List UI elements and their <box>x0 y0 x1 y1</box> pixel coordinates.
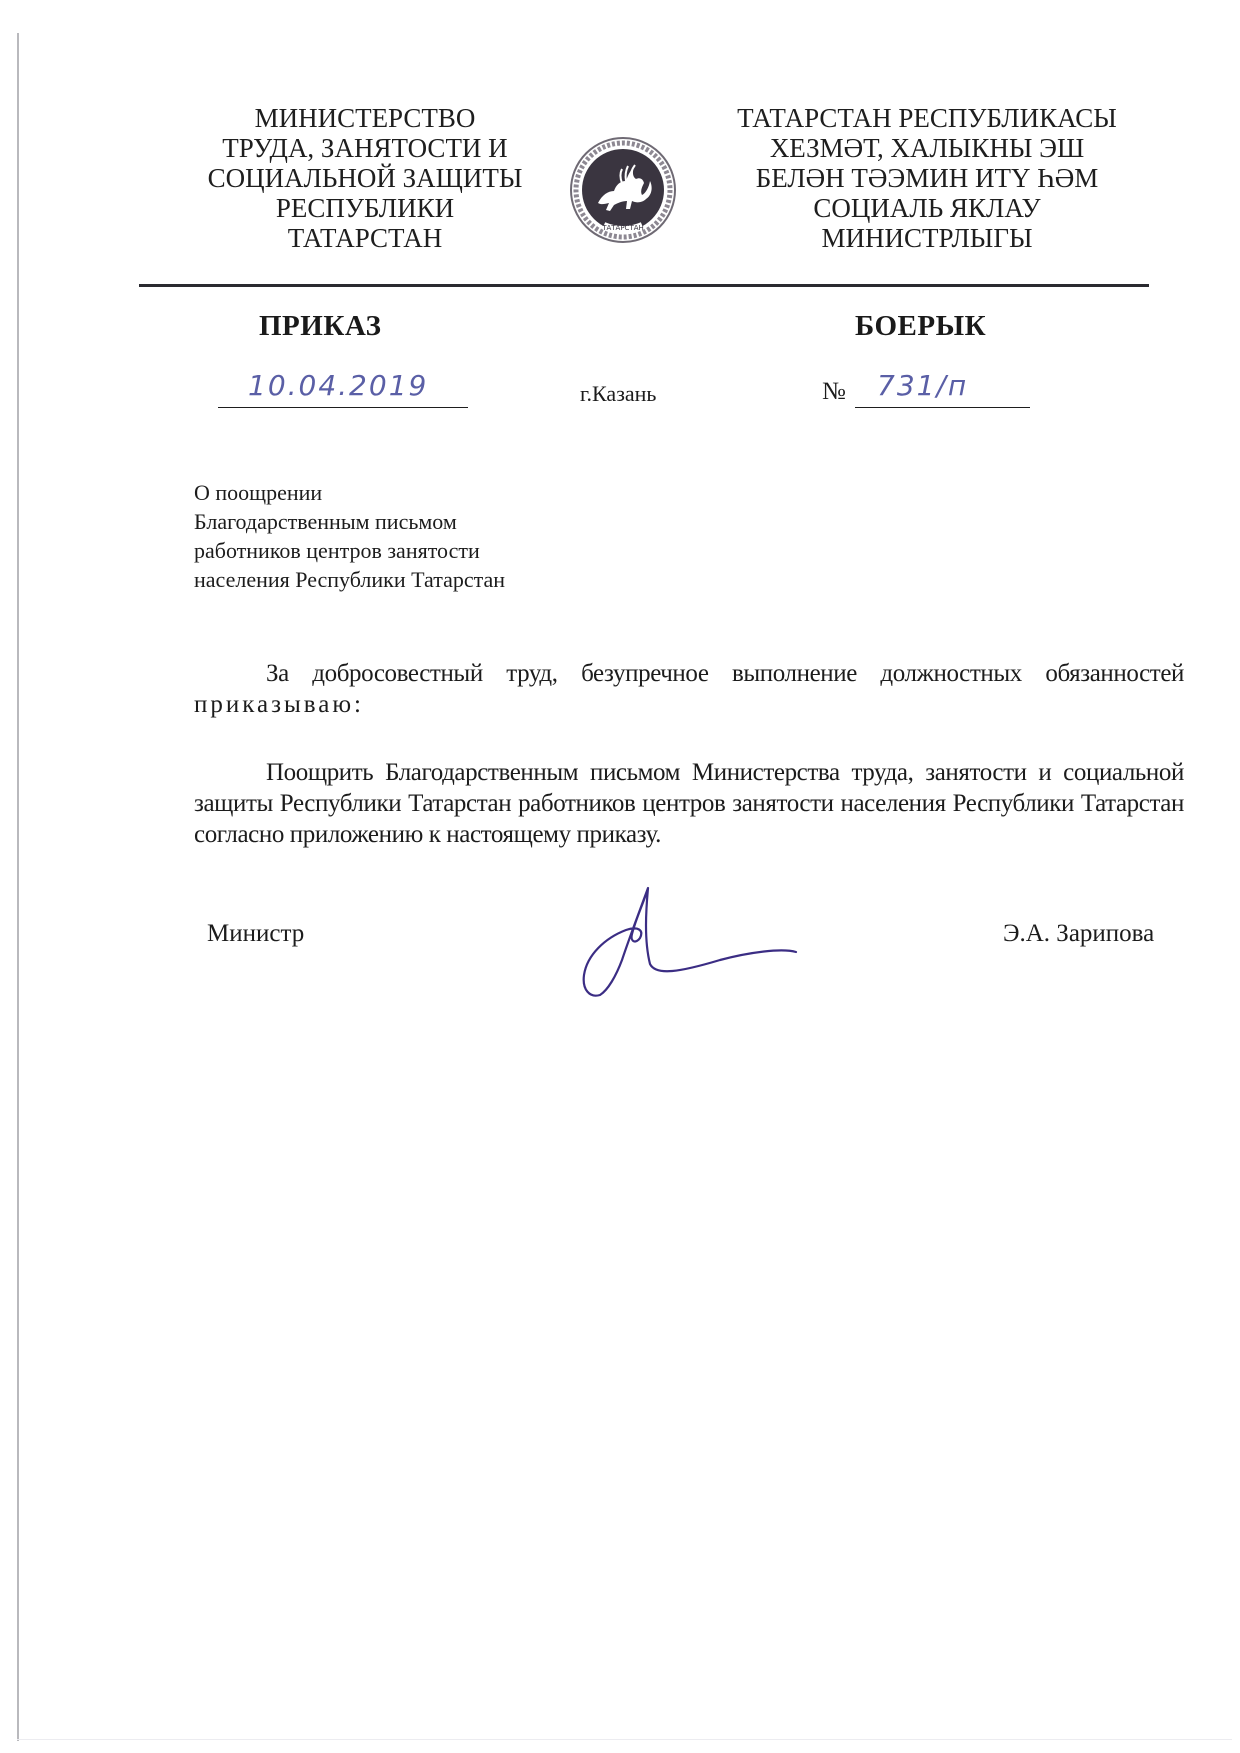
handwritten-date: 10.04.2019 <box>248 369 428 402</box>
paragraph-2-text: Поощрить Благодарственным письмом Минист… <box>194 759 1184 848</box>
handwritten-number: 731/п <box>877 369 968 402</box>
scan-page-edge <box>17 33 19 1741</box>
body-paragraph-2: Поощрить Благодарственным письмом Минист… <box>194 757 1184 850</box>
city-label: г.Казань <box>580 381 656 407</box>
paragraph-1-emphasis: приказываю: <box>194 691 364 718</box>
header-separator <box>139 284 1149 287</box>
order-subject: О поощрении Благодарственным письмом раб… <box>194 478 505 594</box>
paragraph-1-text: За добросовестный труд, безупречное выпо… <box>266 660 1184 687</box>
header-org-russian: МИНИСТЕРСТВО ТРУДА, ЗАНЯТОСТИ И СОЦИАЛЬН… <box>180 103 550 253</box>
number-sign: № <box>822 378 846 406</box>
signer-name: Э.А. Зарипова <box>1003 920 1154 948</box>
handwritten-signature-icon <box>560 880 840 1010</box>
emblem-ring-text: ТАТАРСТАН <box>601 224 644 232</box>
doc-type-russian: ПРИКАЗ <box>259 310 381 343</box>
doc-type-tatar: БОЕРЫК <box>855 310 986 343</box>
date-field: 10.04.2019 <box>218 373 468 408</box>
header-org-tatar: ТАТАРСТАН РЕСПУБЛИКАСЫ ХЕЗМӘТ, ХАЛЫКНЫ Э… <box>712 103 1142 253</box>
tatarstan-coat-of-arms-icon: ТАТАРСТАН <box>570 137 676 243</box>
scan-page-bottom-edge <box>17 1739 1232 1740</box>
signer-position: Министр <box>207 920 304 948</box>
body-paragraph-1: За добросовестный труд, безупречное выпо… <box>194 658 1184 720</box>
number-field: 731/п <box>855 373 1030 408</box>
